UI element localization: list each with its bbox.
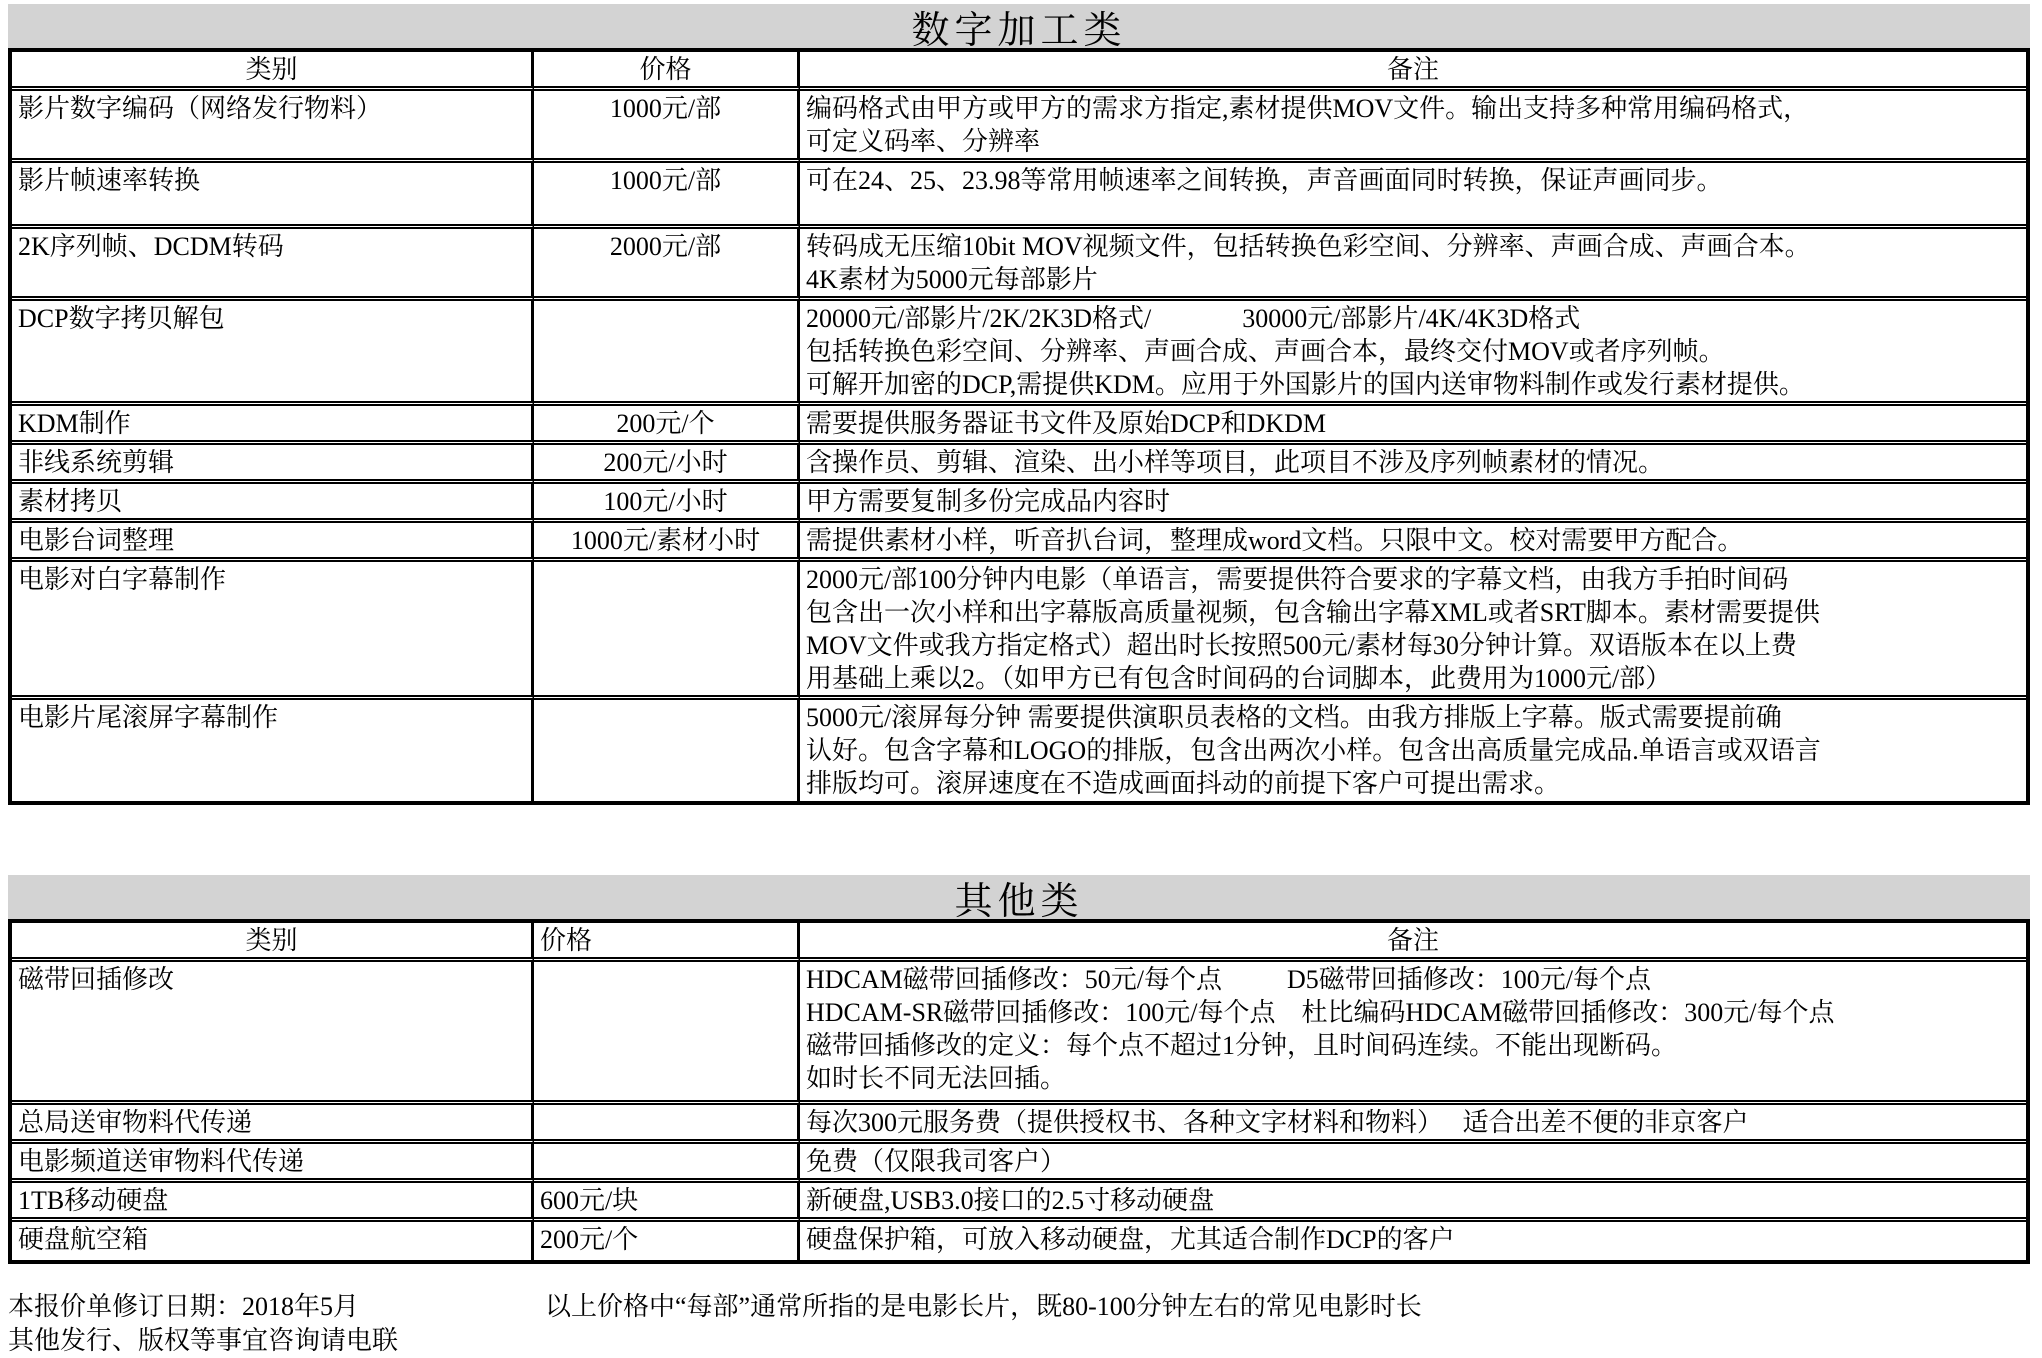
category-cell: 影片数字编码（网络发行物料） — [12, 91, 534, 163]
remark-cell: 转码成无压缩10bit MOV视频文件，包括转换色彩空间、分辨率、声画合成、声画… — [800, 229, 2026, 301]
remark-cell: 每次300元服务费（提供授权书、各种文字材料和物料） 适合出差不便的非京客户 — [800, 1105, 2026, 1144]
table-row: 磁带回插修改 HDCAM磁带回插修改：50元/每个点 D5磁带回插修改：100元… — [12, 962, 2026, 1105]
table-row: 影片数字编码（网络发行物料） 1000元/部 编码格式由甲方或甲方的需求方指定,… — [12, 91, 2026, 163]
price-cell — [534, 962, 800, 1105]
table-row: 硬盘航空箱 200元/个 硬盘保护箱，可放入移动硬盘，尤其适合制作DCP的客户 — [12, 1222, 2026, 1260]
column-header-remark: 备注 — [800, 52, 2026, 91]
table-row: 总局送审物料代传递 每次300元服务费（提供授权书、各种文字材料和物料） 适合出… — [12, 1105, 2026, 1144]
table-row: DCP数字拷贝解包 20000元/部影片/2K/2K3D格式/ 30000元/部… — [12, 301, 2026, 406]
section-others: 其他类 类别 价格 备注 磁带回插修改 HDCAM磁带回插修改：50元/每个点 … — [8, 875, 2030, 1264]
category-cell: DCP数字拷贝解包 — [12, 301, 534, 406]
price-cell: 200元/个 — [534, 406, 800, 445]
category-cell: 磁带回插修改 — [12, 962, 534, 1105]
remark-cell: 新硬盘,USB3.0接口的2.5寸移动硬盘 — [800, 1183, 2026, 1222]
remark-cell: 需提供素材小样，听音扒台词，整理成word文档。只限中文。校对需要甲方配合。 — [800, 523, 2026, 562]
category-cell: KDM制作 — [12, 406, 534, 445]
column-header-price: 价格 — [534, 52, 800, 91]
category-cell: 非线系统剪辑 — [12, 445, 534, 484]
price-cell — [534, 700, 800, 801]
table-row: 电影片尾滚屏字幕制作 5000元/滚屏每分钟 需要提供演职员表格的文档。由我方排… — [12, 700, 2026, 801]
remark-cell: 5000元/滚屏每分钟 需要提供演职员表格的文档。由我方排版上字幕。版式需要提前… — [800, 700, 2026, 801]
remark-cell: 需要提供服务器证书文件及原始DCP和DKDM — [800, 406, 2026, 445]
price-cell: 1000元/部 — [534, 91, 800, 163]
remark-cell: 20000元/部影片/2K/2K3D格式/ 30000元/部影片/4K/4K3D… — [800, 301, 2026, 406]
table-row: KDM制作 200元/个 需要提供服务器证书文件及原始DCP和DKDM — [12, 406, 2026, 445]
contact-note: 其他发行、版权等事宜咨询请电联 — [8, 1324, 545, 1358]
table-header-row: 类别 价格 备注 — [12, 923, 2026, 962]
price-cell: 100元/小时 — [534, 484, 800, 523]
remark-cell: HDCAM磁带回插修改：50元/每个点 D5磁带回插修改：100元/每个点 HD… — [800, 962, 2026, 1105]
remark-cell: 编码格式由甲方或甲方的需求方指定,素材提供MOV文件。输出支持多种常用编码格式，… — [800, 91, 2026, 163]
pricing-table-others: 类别 价格 备注 磁带回插修改 HDCAM磁带回插修改：50元/每个点 D5磁带… — [8, 919, 2030, 1264]
table-row: 电影频道送审物料代传递 免费（仅限我司客户） — [12, 1144, 2026, 1183]
price-cell — [534, 1144, 800, 1183]
price-cell: 1000元/素材小时 — [534, 523, 800, 562]
revision-date-note: 本报价单修订日期：2018年5月 — [8, 1290, 545, 1324]
footer-notes: 本报价单修订日期：2018年5月 其他发行、版权等事宜咨询请电联 以上价格中“每… — [8, 1290, 2030, 1358]
price-cell: 2000元/部 — [534, 229, 800, 301]
column-header-category: 类别 — [12, 52, 534, 91]
pricing-table-digital-processing: 类别 价格 备注 影片数字编码（网络发行物料） 1000元/部 编码格式由甲方或… — [8, 48, 2030, 805]
category-cell: 2K序列帧、DCDM转码 — [12, 229, 534, 301]
price-cell — [534, 562, 800, 700]
remark-cell: 硬盘保护箱，可放入移动硬盘，尤其适合制作DCP的客户 — [800, 1222, 2026, 1260]
category-cell: 电影片尾滚屏字幕制作 — [12, 700, 534, 801]
section-digital-processing: 数字加工类 类别 价格 备注 影片数字编码（网络发行物料） 1000元/部 编码… — [8, 4, 2030, 805]
category-cell: 硬盘航空箱 — [12, 1222, 534, 1260]
table-row: 影片帧速率转换 1000元/部 可在24、25、23.98等常用帧速率之间转换，… — [12, 163, 2026, 229]
remark-cell: 甲方需要复制多份完成品内容时 — [800, 484, 2026, 523]
price-cell: 200元/个 — [534, 1222, 800, 1260]
category-cell: 电影对白字幕制作 — [12, 562, 534, 700]
category-cell: 影片帧速率转换 — [12, 163, 534, 229]
table-row: 非线系统剪辑 200元/小时 含操作员、剪辑、渲染、出小样等项目，此项目不涉及序… — [12, 445, 2026, 484]
category-cell: 电影台词整理 — [12, 523, 534, 562]
price-cell: 1000元/部 — [534, 163, 800, 229]
table-header-row: 类别 价格 备注 — [12, 52, 2026, 91]
category-cell: 总局送审物料代传递 — [12, 1105, 534, 1144]
price-sheet-page: 数字加工类 类别 价格 备注 影片数字编码（网络发行物料） 1000元/部 编码… — [0, 0, 2042, 1358]
price-cell: 200元/小时 — [534, 445, 800, 484]
footer-left-column: 本报价单修订日期：2018年5月 其他发行、版权等事宜咨询请电联 — [8, 1290, 545, 1358]
table-title-digital-processing: 数字加工类 — [8, 4, 2030, 48]
remark-cell: 可在24、25、23.98等常用帧速率之间转换，声音画面同时转换，保证声画同步。 — [800, 163, 2026, 229]
price-cell: 600元/块 — [534, 1183, 800, 1222]
category-cell: 素材拷贝 — [12, 484, 534, 523]
table-row: 2K序列帧、DCDM转码 2000元/部 转码成无压缩10bit MOV视频文件… — [12, 229, 2026, 301]
column-header-category: 类别 — [12, 923, 534, 962]
table-row: 素材拷贝 100元/小时 甲方需要复制多份完成品内容时 — [12, 484, 2026, 523]
column-header-price: 价格 — [534, 923, 800, 962]
table-title-others: 其他类 — [8, 875, 2030, 919]
category-cell: 电影频道送审物料代传递 — [12, 1144, 534, 1183]
price-cell — [534, 301, 800, 406]
table-row: 电影对白字幕制作 2000元/部100分钟内电影（单语言，需要提供符合要求的字幕… — [12, 562, 2026, 700]
remark-cell: 免费（仅限我司客户） — [800, 1144, 2026, 1183]
column-header-remark: 备注 — [800, 923, 2026, 962]
remark-cell: 含操作员、剪辑、渲染、出小样等项目，此项目不涉及序列帧素材的情况。 — [800, 445, 2026, 484]
category-cell: 1TB移动硬盘 — [12, 1183, 534, 1222]
table-row: 1TB移动硬盘 600元/块 新硬盘,USB3.0接口的2.5寸移动硬盘 — [12, 1183, 2026, 1222]
price-cell — [534, 1105, 800, 1144]
table-row: 电影台词整理 1000元/素材小时 需提供素材小样，听音扒台词，整理成word文… — [12, 523, 2026, 562]
per-film-duration-note: 以上价格中“每部”通常所指的是电影长片，既80-100分钟左右的常见电影时长 — [545, 1290, 1422, 1324]
remark-cell: 2000元/部100分钟内电影（单语言，需要提供符合要求的字幕文档，由我方手拍时… — [800, 562, 2026, 700]
